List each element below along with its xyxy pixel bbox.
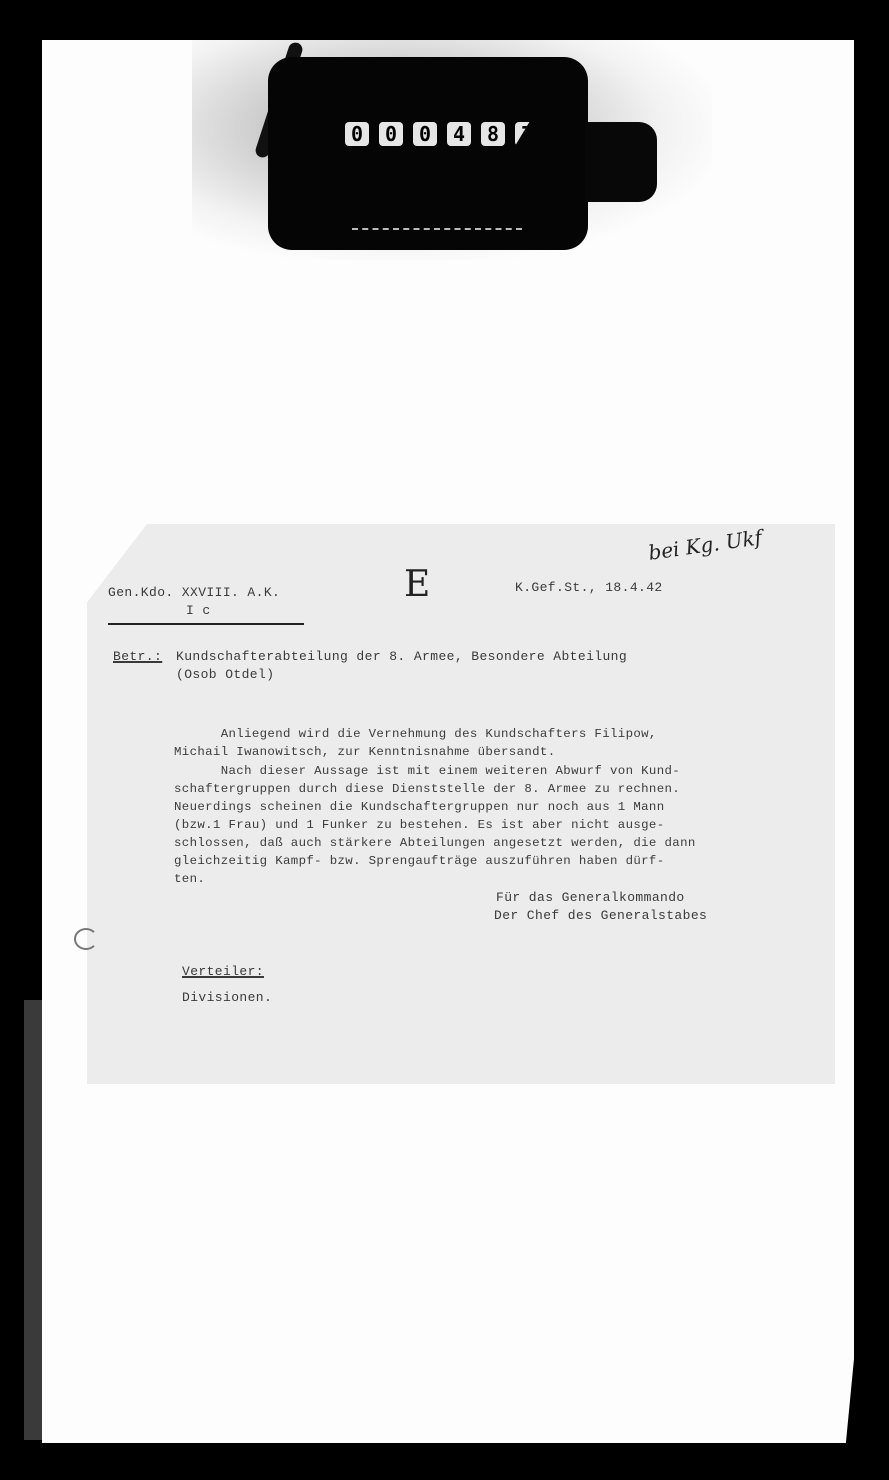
counter-digit-rolling: 7	[515, 122, 539, 146]
body-line: schlossen, daß auch stärkere Abteilungen…	[174, 836, 696, 850]
subject-label: Betr.:	[113, 649, 162, 664]
body-line: Nach dieser Aussage ist mit einem weiter…	[174, 764, 680, 778]
subject-line-1: Kundschafterabteilung der 8. Armee, Beso…	[176, 649, 627, 664]
sender-line-1: Gen.Kdo. XXVIII. A.K.	[108, 585, 280, 600]
counter-digit: 0	[413, 122, 437, 146]
counter-knob	[585, 122, 657, 202]
frame-counter-device	[268, 57, 588, 250]
handwritten-mark: E	[404, 564, 430, 605]
body-line: Anliegend wird die Vernehmung des Kundsc…	[174, 727, 657, 741]
body-line: Michail Iwanowitsch, zur Kenntnisnahme ü…	[174, 745, 556, 759]
page-edge-shadow	[24, 1000, 42, 1440]
distribution-value: Divisionen.	[182, 990, 272, 1005]
counter-scale-marks	[352, 228, 522, 232]
signature-line-1: Für das Generalkommando	[496, 890, 685, 905]
body-line: ten.	[174, 872, 205, 886]
body-line: (bzw.1 Frau) und 1 Funker zu bestehen. E…	[174, 818, 665, 832]
place-date: K.Gef.St., 18.4.42	[515, 580, 663, 595]
body-line: gleichzeitig Kampf- bzw. Sprengaufträge …	[174, 854, 665, 868]
counter-digit: 8	[481, 122, 505, 146]
counter-digit: 0	[345, 122, 369, 146]
distribution-label-text: Verteiler:	[182, 964, 264, 979]
body-line: schaftergruppen durch diese Dienststelle…	[174, 782, 680, 796]
subject-label-text: Betr.:	[113, 649, 162, 664]
distribution-label: Verteiler:	[182, 964, 264, 979]
punch-hole-mark	[74, 928, 98, 950]
sender-underline	[108, 623, 304, 625]
subject-line-2: (Osob Otdel)	[176, 667, 274, 682]
counter-digits: 0 0 0 4 8 7	[345, 122, 539, 146]
counter-digit: 0	[379, 122, 403, 146]
counter-digit: 4	[447, 122, 471, 146]
signature-line-2: Der Chef des Generalstabes	[494, 908, 707, 923]
sender-line-2: I c	[186, 603, 211, 618]
body-line: Neuerdings scheinen die Kundschaftergrup…	[174, 800, 665, 814]
